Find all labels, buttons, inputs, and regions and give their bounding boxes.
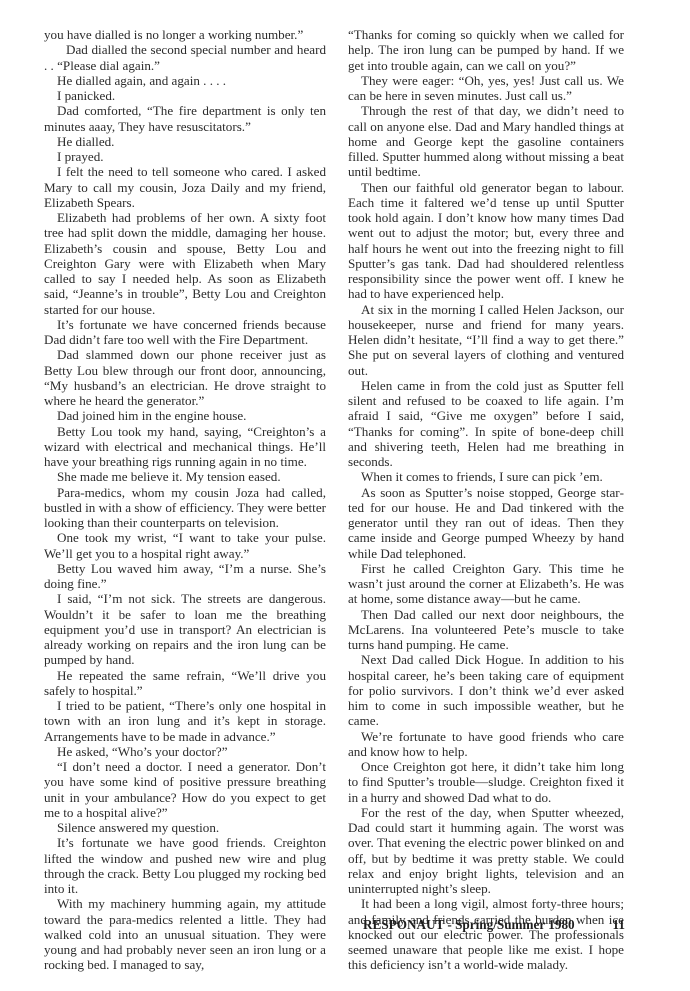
- paragraph: Through the rest of that day, we didn’t …: [348, 103, 624, 179]
- paragraph: I panicked.: [44, 88, 326, 103]
- publication-title: RESPONAUT - Spring/Summer 1980: [363, 917, 575, 933]
- paragraph: Elizabeth had problems of her own. A six…: [44, 210, 326, 317]
- page-number: 11: [613, 917, 625, 933]
- paragraph: Then Dad called our next door neighbours…: [348, 607, 624, 653]
- paragraph: I tried to be patient, “There’s only one…: [44, 698, 326, 744]
- paragraph: “Thanks for coming so quickly when we ca…: [348, 27, 624, 73]
- paragraph: you have dialled is no longer a working …: [44, 27, 326, 42]
- paragraph: At six in the morning I called Helen Jac…: [348, 302, 624, 378]
- paragraph: He dialled again, and again . . . .: [44, 73, 326, 88]
- paragraph: He asked, “Who’s your doctor?”: [44, 744, 326, 759]
- paragraph: Dad slammed down our phone receiver just…: [44, 347, 326, 408]
- paragraph: Then our faithful old generator began to…: [348, 180, 624, 302]
- paragraph: It’s fortunate we have good friends. Cre…: [44, 835, 326, 896]
- paragraph: Dad dialled the second special number an…: [44, 42, 326, 73]
- paragraph: I said, “I’m not sick. The streets are d…: [44, 591, 326, 667]
- paragraph: One took my wrist, “I want to take your …: [44, 530, 326, 561]
- paragraph: Betty Lou waved him away, “I’m a nurse. …: [44, 561, 326, 592]
- paragraph: He repeated the same refrain, “We’ll dri…: [44, 668, 326, 699]
- paragraph: Dad comforted, “The fire department is o…: [44, 103, 326, 134]
- paragraph: As soon as Sputter’s noise stopped, Geor…: [348, 485, 624, 561]
- paragraph: Dad joined him in the engine house.: [44, 408, 326, 423]
- right-column: “Thanks for coming so quickly when we ca…: [348, 27, 624, 973]
- paragraph: For the rest of the day, when Sputter wh…: [348, 805, 624, 897]
- paragraph: It’s fortunate we have concerned friends…: [44, 317, 326, 348]
- paragraph: First he called Creighton Gary. This tim…: [348, 561, 624, 607]
- paragraph: Betty Lou took my hand, saying, “Creight…: [44, 424, 326, 470]
- paragraph: Once Creighton got here, it didn’t take …: [348, 759, 624, 805]
- paragraph: “I don’t need a doctor. I need a generat…: [44, 759, 326, 820]
- paragraph: I prayed.: [44, 149, 326, 164]
- paragraph: Para-medics, whom my cousin Joza had cal…: [44, 485, 326, 531]
- paragraph: Silence answered my question.: [44, 820, 326, 835]
- paragraph: We’re fortunate to have good friends who…: [348, 729, 624, 760]
- paragraph: I felt the need to tell someone who care…: [44, 164, 326, 210]
- paragraph: With my machinery humming again, my atti…: [44, 896, 326, 972]
- paragraph: Next Dad called Dick Hogue. In addition …: [348, 652, 624, 728]
- paragraph: Helen came in from the cold just as Sput…: [348, 378, 624, 470]
- paragraph: They were eager: “Oh, yes, yes! Just cal…: [348, 73, 624, 104]
- paragraph: He dialled.: [44, 134, 326, 149]
- paragraph: It had been a long vigil, almost forty-t…: [348, 896, 624, 972]
- paragraph: When it comes to friends, I sure can pic…: [348, 469, 624, 484]
- left-column: you have dialled is no longer a working …: [44, 27, 326, 973]
- paragraph: She made me believe it. My tension eased…: [44, 469, 326, 484]
